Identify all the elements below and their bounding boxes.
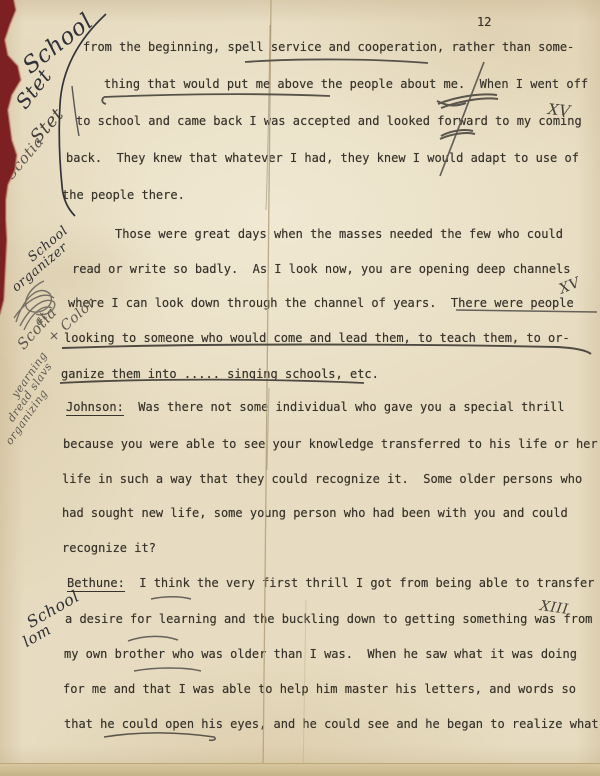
margin-note-scotia: Scotia	[1, 133, 47, 183]
typed-line: where I can look down through the channe…	[68, 296, 574, 310]
typed-line: a desire for learning and the buckling d…	[65, 612, 592, 626]
typed-line: thing that would put me above the people…	[104, 77, 588, 91]
underlying-page-edge	[0, 763, 600, 776]
typed-line-bethune: Bethune: I think the very first thrill I…	[67, 576, 594, 590]
paper-sheet: 12 from the beginning, spell service and…	[0, 0, 600, 776]
underline-looking-to-someone	[62, 345, 591, 355]
margin-note-lom: lom	[20, 620, 55, 650]
margin-mark-xv-1: XV	[547, 100, 571, 120]
scanned-typescript-page: { "page": { "number": "12" }, "colors": …	[0, 0, 600, 776]
margin-mark-xv-2: XV	[557, 275, 583, 298]
typed-line: looking to someone who would come and le…	[64, 331, 570, 345]
typed-line: from the beginning, spell service and co…	[83, 40, 574, 54]
speaker-name: Johnson:	[66, 400, 124, 416]
typed-line: recognize it?	[62, 541, 156, 555]
underline-put-me-above	[102, 94, 330, 104]
typed-line: to school and came back I was accepted a…	[76, 114, 582, 128]
typed-line: my own brother who was older than I was.…	[64, 647, 577, 661]
typed-line: that he could open his eyes, and he coul…	[64, 717, 599, 731]
typed-line: life in such a way that they could recog…	[62, 472, 582, 486]
pencil-strike-scribble-upper	[437, 94, 498, 108]
underline-there-were-people	[456, 310, 597, 312]
typed-line: back. They knew that whatever I had, the…	[66, 151, 579, 165]
page-number: 12	[477, 15, 491, 29]
typed-line: because you were able to see your knowle…	[63, 437, 598, 451]
margin-bracket-tick	[72, 86, 79, 136]
pencil-strike-scribble-lower	[440, 130, 475, 139]
underline-for-learning	[128, 636, 178, 641]
underline-service-cooperation	[245, 59, 428, 63]
speaker-text: Was there not some individual who gave y…	[124, 400, 565, 414]
speaker-name: Bethune:	[67, 576, 125, 592]
underline-brother-who-was	[134, 668, 201, 671]
typed-line-johnson: Johnson: Was there not some individual w…	[66, 400, 565, 414]
underline-first-thrill	[151, 597, 191, 599]
underline-open-his-eyes	[104, 733, 215, 740]
typed-line: had sought new life, some young person w…	[62, 506, 568, 520]
typed-line: Those were great days when the masses ne…	[115, 227, 563, 241]
typed-line: ganize them into ..... singing schools, …	[61, 367, 379, 381]
typed-line: for me and that I was able to help him m…	[63, 682, 576, 696]
typed-line: read or write so badly. As I look now, y…	[72, 262, 571, 276]
speaker-text: I think the very first thrill I got from…	[125, 576, 595, 590]
typed-line: the people there.	[62, 188, 185, 202]
